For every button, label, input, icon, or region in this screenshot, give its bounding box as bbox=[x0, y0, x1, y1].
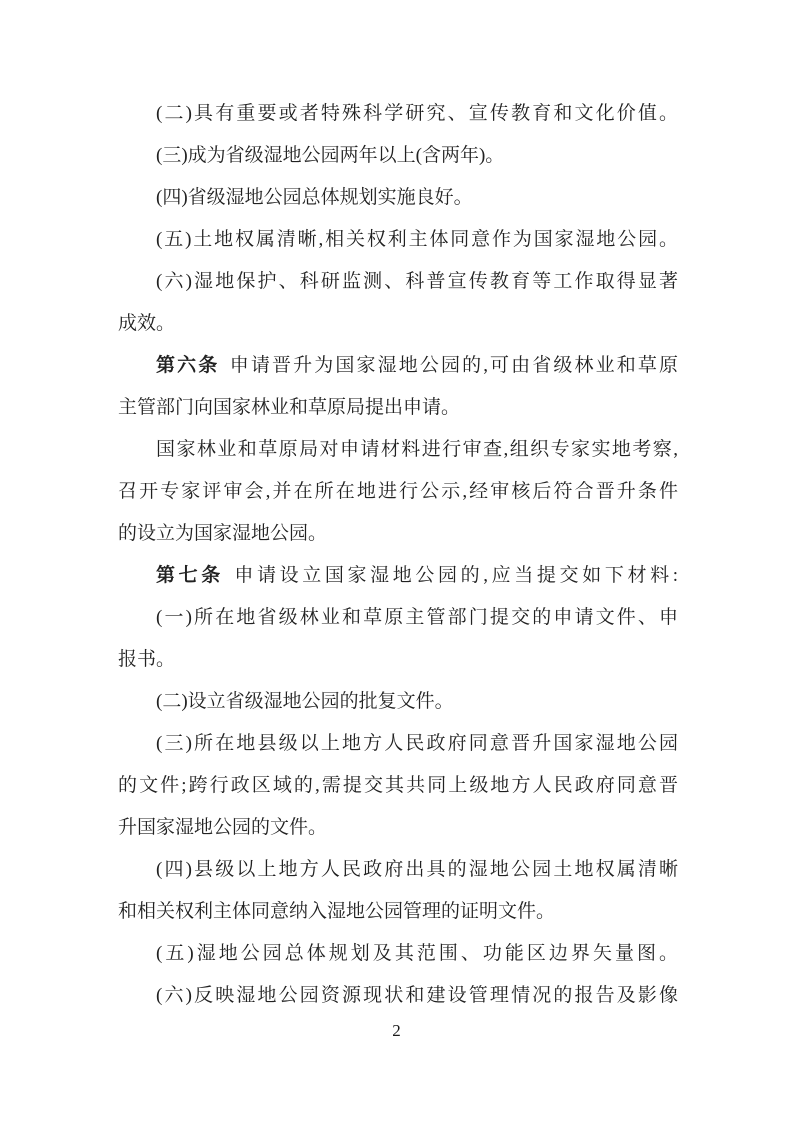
line-text: (二)设立省级湿地公园的批复文件。 bbox=[156, 691, 454, 712]
line-text: (三)成为省级湿地公园两年以上(含两年)。 bbox=[156, 145, 504, 166]
line-text: (二)具有重要或者特殊科学研究、宣传教育和文化价值。 bbox=[156, 103, 678, 124]
document-line: 国家林业和草原局对申请材料进行审查,组织专家实地考察, bbox=[118, 429, 678, 471]
line-text: 的文件;跨行政区域的,需提交其共同上级地方人民政府同意晋 bbox=[118, 775, 678, 796]
line-text: 申请晋升为国家湿地公园的,可由省级林业和草原 bbox=[230, 355, 678, 376]
document-line: 报书。 bbox=[118, 639, 678, 681]
document-line: (二)设立省级湿地公园的批复文件。 bbox=[118, 681, 678, 723]
document-line: 第七条申请设立国家湿地公园的,应当提交如下材料: bbox=[118, 555, 678, 597]
document-line: (六)反映湿地公园资源现状和建设管理情况的报告及影像 bbox=[118, 975, 678, 1017]
document-line: 和相关权利主体同意纳入湿地公园管理的证明文件。 bbox=[118, 891, 678, 933]
document-line: 的设立为国家湿地公园。 bbox=[118, 513, 678, 555]
line-text: 成效。 bbox=[118, 313, 175, 334]
document-line: 第六条申请晋升为国家湿地公园的,可由省级林业和草原 bbox=[118, 345, 678, 387]
line-text: (五)湿地公园总体规划及其范围、功能区边界矢量图。 bbox=[156, 943, 678, 964]
line-text: (四)县级以上地方人民政府出具的湿地公园土地权属清晰 bbox=[156, 859, 678, 880]
article-number: 第七条 bbox=[156, 565, 224, 586]
line-text: 召开专家评审会,并在所在地进行公示,经审核后符合晋升条件 bbox=[118, 481, 678, 502]
line-text: (六)反映湿地公园资源现状和建设管理情况的报告及影像 bbox=[156, 985, 678, 1006]
document-line: (五)土地权属清晰,相关权利主体同意作为国家湿地公园。 bbox=[118, 219, 678, 261]
line-text: 的设立为国家湿地公园。 bbox=[118, 523, 327, 544]
line-text: 报书。 bbox=[118, 649, 175, 670]
document-line: (三)所在地县级以上地方人民政府同意晋升国家湿地公园 bbox=[118, 723, 678, 765]
line-text: 升国家湿地公园的文件。 bbox=[118, 817, 327, 838]
document-page: (二)具有重要或者特殊科学研究、宣传教育和文化价值。 (三)成为省级湿地公园两年… bbox=[0, 0, 793, 1122]
document-line: 升国家湿地公园的文件。 bbox=[118, 807, 678, 849]
line-text: (六)湿地保护、科研监测、科普宣传教育等工作取得显著 bbox=[156, 271, 678, 292]
line-text: (三)所在地县级以上地方人民政府同意晋升国家湿地公园 bbox=[156, 733, 678, 754]
document-line: (四)县级以上地方人民政府出具的湿地公园土地权属清晰 bbox=[118, 849, 678, 891]
document-line: 召开专家评审会,并在所在地进行公示,经审核后符合晋升条件 bbox=[118, 471, 678, 513]
page-number: 2 bbox=[0, 1019, 793, 1043]
document-line: (四)省级湿地公园总体规划实施良好。 bbox=[118, 177, 678, 219]
document-line: 的文件;跨行政区域的,需提交其共同上级地方人民政府同意晋 bbox=[118, 765, 678, 807]
document-body: (二)具有重要或者特殊科学研究、宣传教育和文化价值。 (三)成为省级湿地公园两年… bbox=[118, 93, 678, 1017]
document-line: (三)成为省级湿地公园两年以上(含两年)。 bbox=[118, 135, 678, 177]
document-line: 主管部门向国家林业和草原局提出申请。 bbox=[118, 387, 678, 429]
line-text: (四)省级湿地公园总体规划实施良好。 bbox=[156, 187, 473, 208]
line-text: 申请设立国家湿地公园的,应当提交如下材料: bbox=[234, 565, 678, 586]
line-text: 主管部门向国家林业和草原局提出申请。 bbox=[118, 397, 460, 418]
document-line: (一)所在地省级林业和草原主管部门提交的申请文件、申 bbox=[118, 597, 678, 639]
document-line: (二)具有重要或者特殊科学研究、宣传教育和文化价值。 bbox=[118, 93, 678, 135]
line-text: 和相关权利主体同意纳入湿地公园管理的证明文件。 bbox=[118, 901, 555, 922]
document-line: (五)湿地公园总体规划及其范围、功能区边界矢量图。 bbox=[118, 933, 678, 975]
article-number: 第六条 bbox=[156, 355, 219, 376]
line-text: (一)所在地省级林业和草原主管部门提交的申请文件、申 bbox=[156, 607, 678, 628]
line-text: (五)土地权属清晰,相关权利主体同意作为国家湿地公园。 bbox=[156, 229, 678, 250]
line-text: 国家林业和草原局对申请材料进行审查,组织专家实地考察, bbox=[156, 439, 678, 460]
document-line: (六)湿地保护、科研监测、科普宣传教育等工作取得显著 bbox=[118, 261, 678, 303]
document-line: 成效。 bbox=[118, 303, 678, 345]
